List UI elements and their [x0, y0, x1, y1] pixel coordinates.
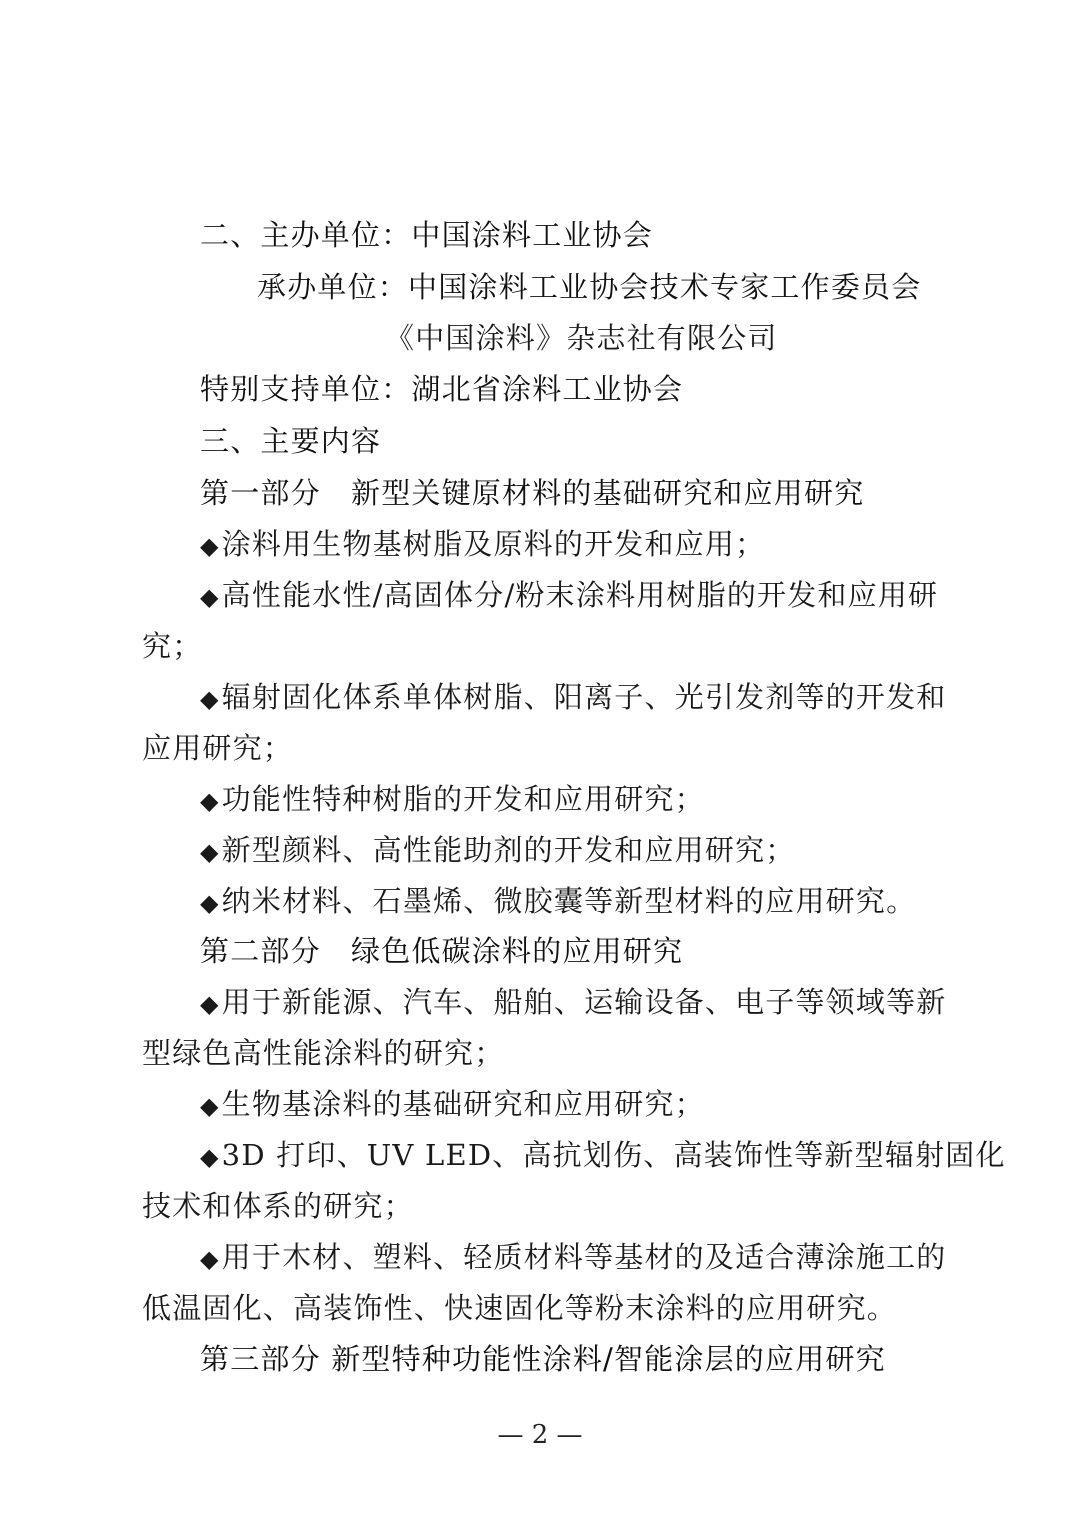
diamond-bullet-icon: ◆	[200, 787, 220, 815]
list-item: ◆高性能水性/高固体分/粉末涂料用树脂的开发和应用研	[200, 578, 938, 614]
section3-title: 三、主要内容	[200, 424, 381, 458]
list-item: ◆涂料用生物基树脂及原料的开发和应用；	[200, 527, 765, 563]
special-support-line: 特别支持单位：湖北省涂料工业协会	[200, 372, 683, 406]
host-unit-line: 二、主办单位：中国涂料工业协会	[200, 218, 653, 252]
diamond-bullet-icon: ◆	[200, 889, 220, 917]
diamond-bullet-icon: ◆	[200, 1245, 220, 1273]
host-value: 中国涂料工业协会	[411, 218, 653, 252]
list-item: ◆用于木材、塑料、轻质材料等基材的及适合薄涂施工的	[200, 1240, 946, 1276]
list-item: ◆3D 打印、UV LED、高抗划伤、高装饰性等新型辐射固化	[200, 1138, 1006, 1174]
part1-title: 第一部分 新型关键原材料的基础研究和应用研究	[200, 476, 864, 510]
special-value: 湖北省涂料工业协会	[411, 372, 683, 406]
list-item-continuation: 技术和体系的研究；	[142, 1189, 414, 1223]
organizer-label: 承办单位：	[257, 270, 408, 304]
list-item: ◆纳米材料、石墨烯、微胶囊等新型材料的应用研究。	[200, 884, 916, 920]
part3-title: 第三部分 新型特种功能性涂料/智能涂层的应用研究	[200, 1342, 886, 1376]
diamond-bullet-icon: ◆	[200, 583, 220, 611]
list-item-continuation: 究；	[142, 629, 202, 663]
diamond-bullet-icon: ◆	[200, 532, 220, 560]
list-item-continuation: 低温固化、高装饰性、快速固化等粉末涂料的应用研究。	[142, 1291, 897, 1325]
diamond-bullet-icon: ◆	[200, 685, 220, 713]
list-item: ◆辐射固化体系单体树脂、阳离子、光引发剂等的开发和	[200, 680, 946, 716]
page-number: — 2 —	[0, 1420, 1080, 1450]
list-item-continuation: 应用研究；	[142, 731, 293, 765]
diamond-bullet-icon: ◆	[200, 1143, 220, 1171]
list-item-continuation: 型绿色高性能涂料的研究；	[142, 1036, 504, 1070]
diamond-bullet-icon: ◆	[200, 1092, 220, 1120]
list-item: ◆用于新能源、汽车、船舶、运输设备、电子等领域等新	[200, 985, 946, 1021]
organizer-unit-line: 承办单位：中国涂料工业协会技术专家工作委员会	[257, 270, 921, 304]
special-label: 特别支持单位：	[200, 372, 411, 406]
diamond-bullet-icon: ◆	[200, 838, 220, 866]
organizer-value-1: 中国涂料工业协会技术专家工作委员会	[408, 270, 921, 304]
list-item: ◆功能性特种树脂的开发和应用研究；	[200, 782, 705, 818]
list-item: ◆新型颜料、高性能助剂的开发和应用研究；	[200, 833, 795, 869]
diamond-bullet-icon: ◆	[200, 990, 220, 1018]
list-item: ◆生物基涂料的基础研究和应用研究；	[200, 1087, 705, 1123]
host-label: 二、主办单位：	[200, 218, 411, 252]
organizer-value-2: 《中国涂料》杂志社有限公司	[385, 321, 778, 355]
part2-title: 第二部分 绿色低碳涂料的应用研究	[200, 934, 683, 968]
